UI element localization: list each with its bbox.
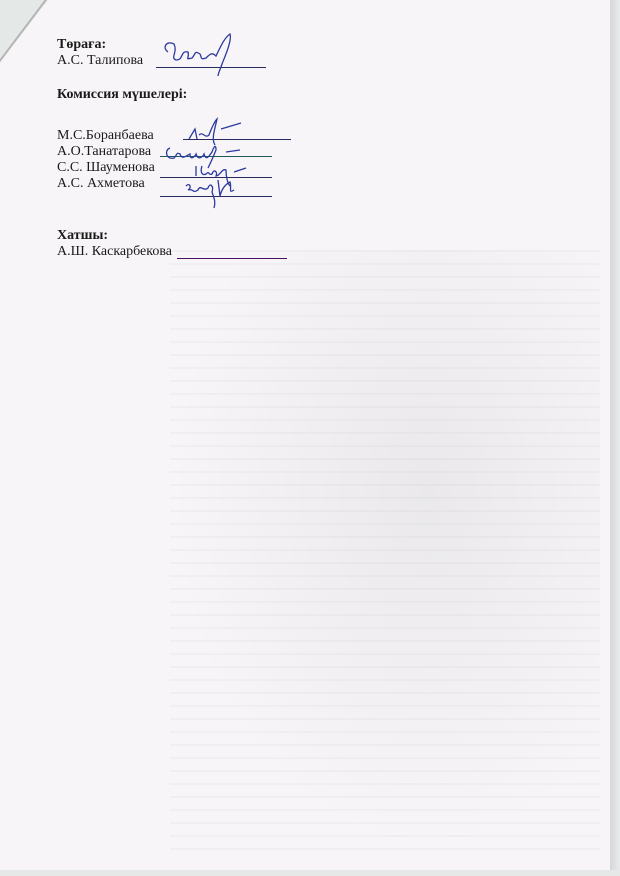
member-signature-line xyxy=(183,139,291,140)
secretary-name: А.Ш. Каскарбекова xyxy=(57,244,172,260)
commission-members: М.С.Боранбаева А.О.Танатарова С.С. Шауме… xyxy=(57,128,155,192)
member-name: А.С. Ахметова xyxy=(57,176,155,192)
commission-heading-block: Комиссия мүшелері: xyxy=(57,87,187,103)
chair-heading: Төраға: xyxy=(57,37,143,53)
chair-signature-line xyxy=(156,67,266,68)
member-signature-line xyxy=(160,177,272,178)
secretary-signature-line xyxy=(177,258,287,259)
secretary-heading: Хатшы: xyxy=(57,228,172,244)
chair-name: А.С. Талипова xyxy=(57,53,143,69)
commission-heading: Комиссия мүшелері: xyxy=(57,87,187,103)
page-edge-bottom xyxy=(0,870,620,876)
member-signature-line xyxy=(160,196,272,197)
secretary-section: Хатшы: А.Ш. Каскарбекова xyxy=(57,228,172,260)
page-edge-right xyxy=(610,0,620,876)
member-name: М.С.Боранбаева xyxy=(57,128,155,144)
chair-section: Төраға: А.С. Талипова xyxy=(57,37,143,69)
member-name: С.С. Шауменова xyxy=(57,160,155,176)
member-name: А.О.Танатарова xyxy=(57,144,155,160)
member-signature-line xyxy=(160,156,272,157)
